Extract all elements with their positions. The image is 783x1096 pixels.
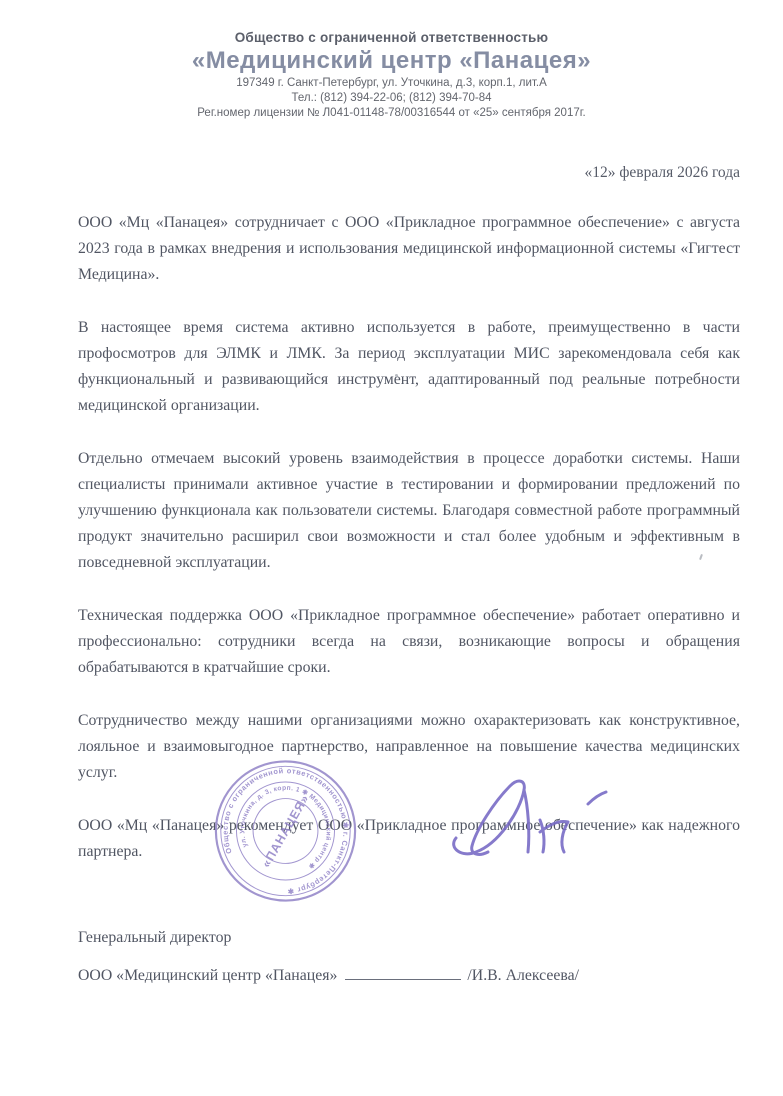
- signature-block: Генеральный директор ООО «Медицинский це…: [78, 929, 740, 989]
- paragraph-cooperation: ООО «Мц «Панацея» сотрудничает с ООО «Пр…: [78, 210, 740, 288]
- paragraph-collaboration: Отдельно отмечаем высокий уровень взаимо…: [78, 446, 740, 576]
- scan-artifact: [395, 374, 398, 377]
- org-license-line: Рег.номер лицензии № Л041-01148-78/00316…: [0, 106, 783, 120]
- letter-date: «12» февраля 2026 года: [78, 164, 740, 182]
- letterhead: Общество с ограниченной ответственностью…: [0, 0, 783, 120]
- signature-line: [345, 965, 461, 980]
- signature-row: ООО «Медицинский центр «Панацея»/И.В. Ал…: [78, 963, 740, 989]
- signer-title: Генеральный директор: [78, 929, 740, 947]
- paragraph-partnership: Сотрудничество между нашими организациям…: [78, 708, 740, 786]
- org-name-title: «Медицинский центр «Панацея»: [0, 47, 783, 75]
- org-phone-line: Тел.: (812) 394-22-06; (812) 394-70-84: [0, 91, 783, 105]
- paragraph-recommendation: ООО «Мц «Панацея» рекомендует ООО «Прикл…: [78, 813, 740, 865]
- letter-content: «12» февраля 2026 года ООО «Мц «Панацея»…: [0, 164, 783, 989]
- signer-org: ООО «Медицинский центр «Панацея»: [78, 967, 337, 984]
- letter-body: ООО «Мц «Панацея» сотрудничает с ООО «Пр…: [78, 210, 740, 865]
- org-address-line: 197349 г. Санкт-Петербург, ул. Уточкина,…: [0, 76, 783, 90]
- org-type-line: Общество с ограниченной ответственностью: [0, 30, 783, 45]
- scanned-letter-page: Общество с ограниченной ответственностью…: [0, 0, 783, 1096]
- signer-name: /И.В. Алексеева/: [467, 967, 579, 984]
- paragraph-system-usage: В настоящее время система активно исполь…: [78, 315, 740, 419]
- paragraph-tech-support: Техническая поддержка ООО «Прикладное пр…: [78, 603, 740, 681]
